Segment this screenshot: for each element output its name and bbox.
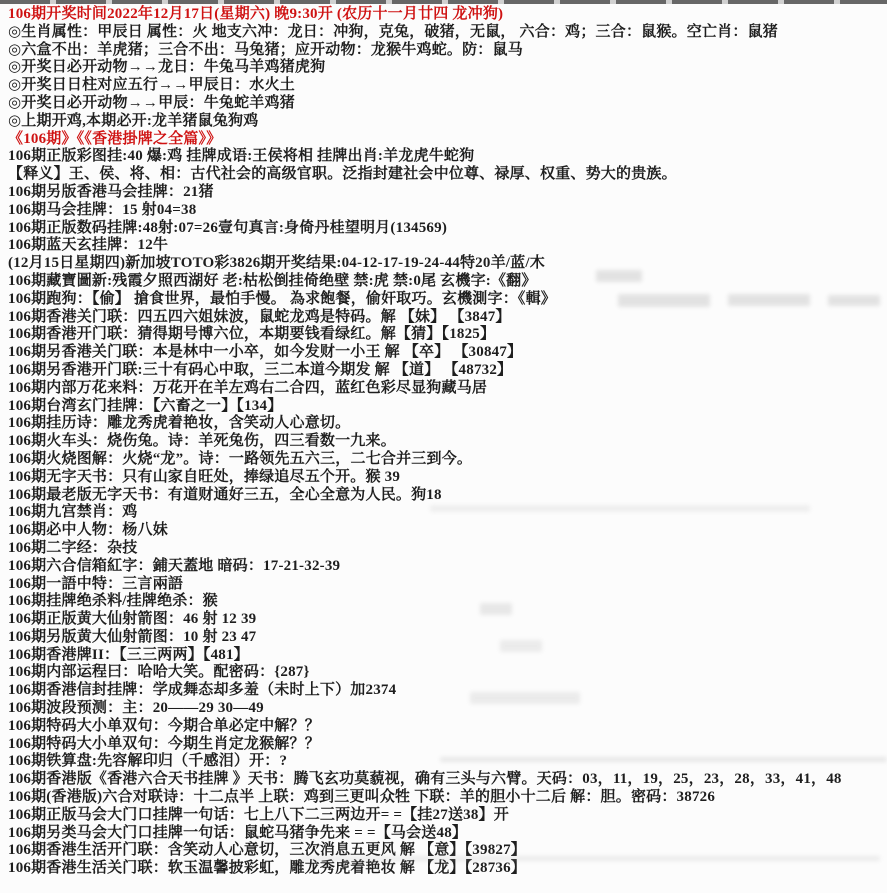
text-line: 106期另香港关门联：本是林中一小卒，如今发财一小王 解 【卒】 【30847】 — [8, 344, 883, 362]
headline-text-line: 106期开奖时间2022年12月17日(星期六) 晚9:30开 (农历十一月廿四… — [8, 6, 883, 24]
headline-text-line: 《106期》《《香港掛牌之全篇》》 — [8, 131, 883, 149]
text-line: 106期藏寶圖新:残霞夕照西湖好 老:枯松倒挂倚绝壁 禁:虎 禁:0尾 玄機字:… — [8, 273, 883, 291]
text-line: ◎开奖日日柱对应五行→→甲辰日：水火土 — [8, 77, 883, 95]
text-line: 106期另版香港马会挂牌：21猪 — [8, 184, 883, 202]
text-line: ◎生肖属性：甲辰日 属性：火 地支六冲：龙日：冲狗，克兔，破猪，无鼠， 六合：鸡… — [8, 24, 883, 42]
text-line: 106期另类马会大门口挂牌一句话：鼠蛇马猪争先来 = =【马会送48】 — [8, 825, 883, 843]
text-line: 106期另版黄大仙射箭图：10 射 23 47 — [8, 629, 883, 647]
lottery-tips-document: 106期开奖时间2022年12月17日(星期六) 晚9:30开 (农历十一月廿四… — [8, 6, 883, 878]
text-line: 106期火烧图解：火烧“龙”。诗：一路领先五六三，二七合并三到今。 — [8, 451, 883, 469]
text-line: ◎上期开鸡,本期必开:龙羊猪鼠兔狗鸡 — [8, 113, 883, 131]
text-line: 106期挂牌绝杀料/挂牌绝杀：猴 — [8, 593, 883, 611]
text-line: 106期特码大小单双句：今期合单必定中解？？ — [8, 718, 883, 736]
text-line: 106期挂历诗：雕龙秀虎着艳妆，含笑动人心意切。 — [8, 415, 883, 433]
text-line: 106期跑狗：【偷】 搶食世界，最怕手慢。 為求飽餐，偷奸取巧。玄機測字：《輯》 — [8, 291, 883, 309]
text-line: 106期台湾玄门挂牌：【六畜之一】【134】 — [8, 398, 883, 416]
top-border-strip — [0, 0, 887, 4]
text-line: 106期内部运程曰：哈哈大笑。配密码：{287} — [8, 664, 883, 682]
text-line: 106期香港牌II：【三三两两】【481】 — [8, 647, 883, 665]
text-line: 106期另香港开门联:三十有码心中取，三二本道今期发 解 【道】 【48732】 — [8, 362, 883, 380]
text-line: 106期正版马会大门口挂牌一句话：七上八下二三两边开= =【挂27送38】开 — [8, 807, 883, 825]
text-line: 106期香港生活开门联：含笑动人心意切，三次消息五更风 解 【意】【39827】 — [8, 842, 883, 860]
text-line: 106期正版黄大仙射箭图：46 射 12 39 — [8, 611, 883, 629]
text-line: 106期(香港版)六合对联诗：十二点半 上联：鸡到三更叫众牲 下联：羊的胆小十二… — [8, 789, 883, 807]
text-line: ◎开奖日必开动物→→甲辰：牛兔蛇羊鸡猪 — [8, 95, 883, 113]
text-line: 106期香港开门联：猜得期号博六位，本期要钱看绿红。解【猜】【1825】 — [8, 326, 883, 344]
text-line: 106期六合信箱紅字：鋪天蓋地 暗码：17-21-32-39 — [8, 558, 883, 576]
text-line: 【释义】王、侯、将、相：古代社会的高级官职。泛指封建社会中位尊、禄厚、权重、势大… — [8, 166, 883, 184]
text-line: 106期一語中特：三言兩語 — [8, 576, 883, 594]
text-line: 106期内部万花来料：万花开在羊左鸡右二合四，蓝红色彩尽显狗藏马居 — [8, 380, 883, 398]
text-line: (12月15日星期四)新加坡TOTO彩3826期开奖结果:04-12-17-19… — [8, 255, 883, 273]
text-line: 106期香港信封挂牌：学成舞态却多羞（未时上下）加2374 — [8, 682, 883, 700]
text-line: 106期必中人物：杨八妹 — [8, 522, 883, 540]
text-line: 106期波段预测：主：20——29 30—49 — [8, 700, 883, 718]
text-line: 106期香港版《香港六合天书挂牌 》天书：腾飞玄功莫藐视，确有三头与六臂。天码：… — [8, 771, 883, 789]
text-line: 106期火车头：烧伤兔。诗：羊死兔伤，四三看数一九来。 — [8, 433, 883, 451]
text-line: 106期九宫禁肖：鸡 — [8, 504, 883, 522]
text-line: 106期蓝天玄挂牌：12牛 — [8, 237, 883, 255]
text-line: 106期铁算盘:先容解印归（千感泪）开：? — [8, 753, 883, 771]
text-line: ◎开奖日必开动物→→龙日：牛兔马羊鸡猪虎狗 — [8, 59, 883, 77]
text-line: 106期正版彩图挂:40 爆:鸡 挂牌成语:王侯将相 挂牌出肖:羊龙虎牛蛇狗 — [8, 148, 883, 166]
text-line: 106期香港生活关门联：软玉温馨披彩虹，雕龙秀虎着艳妆 解 【龙】【28736】 — [8, 860, 883, 878]
text-line: ◎六盒不出：羊虎猪；三合不出：马兔猪；应开动物：龙猴牛鸡蛇。防：鼠马 — [8, 42, 883, 60]
text-line: 106期二字经：杂技 — [8, 540, 883, 558]
text-line: 106期最老版无字天书：有道财通好三五，全心全意为人民。狗18 — [8, 487, 883, 505]
text-line: 106期正版数码挂牌:48射:07=26壹句真言:身倚丹桂望明月(134569) — [8, 220, 883, 238]
text-line: 106期香港关门联：四五四六姐妹波，鼠蛇龙鸡是特码。解 【妹】 【3847】 — [8, 309, 883, 327]
text-line: 106期特码大小单双句：今期生肖定龙猴解？？ — [8, 736, 883, 754]
text-line: 106期马会挂牌：15 射04=38 — [8, 202, 883, 220]
text-line: 106期无字天书：只有山家自旺处，捧绿追尽五个开。猴 39 — [8, 469, 883, 487]
